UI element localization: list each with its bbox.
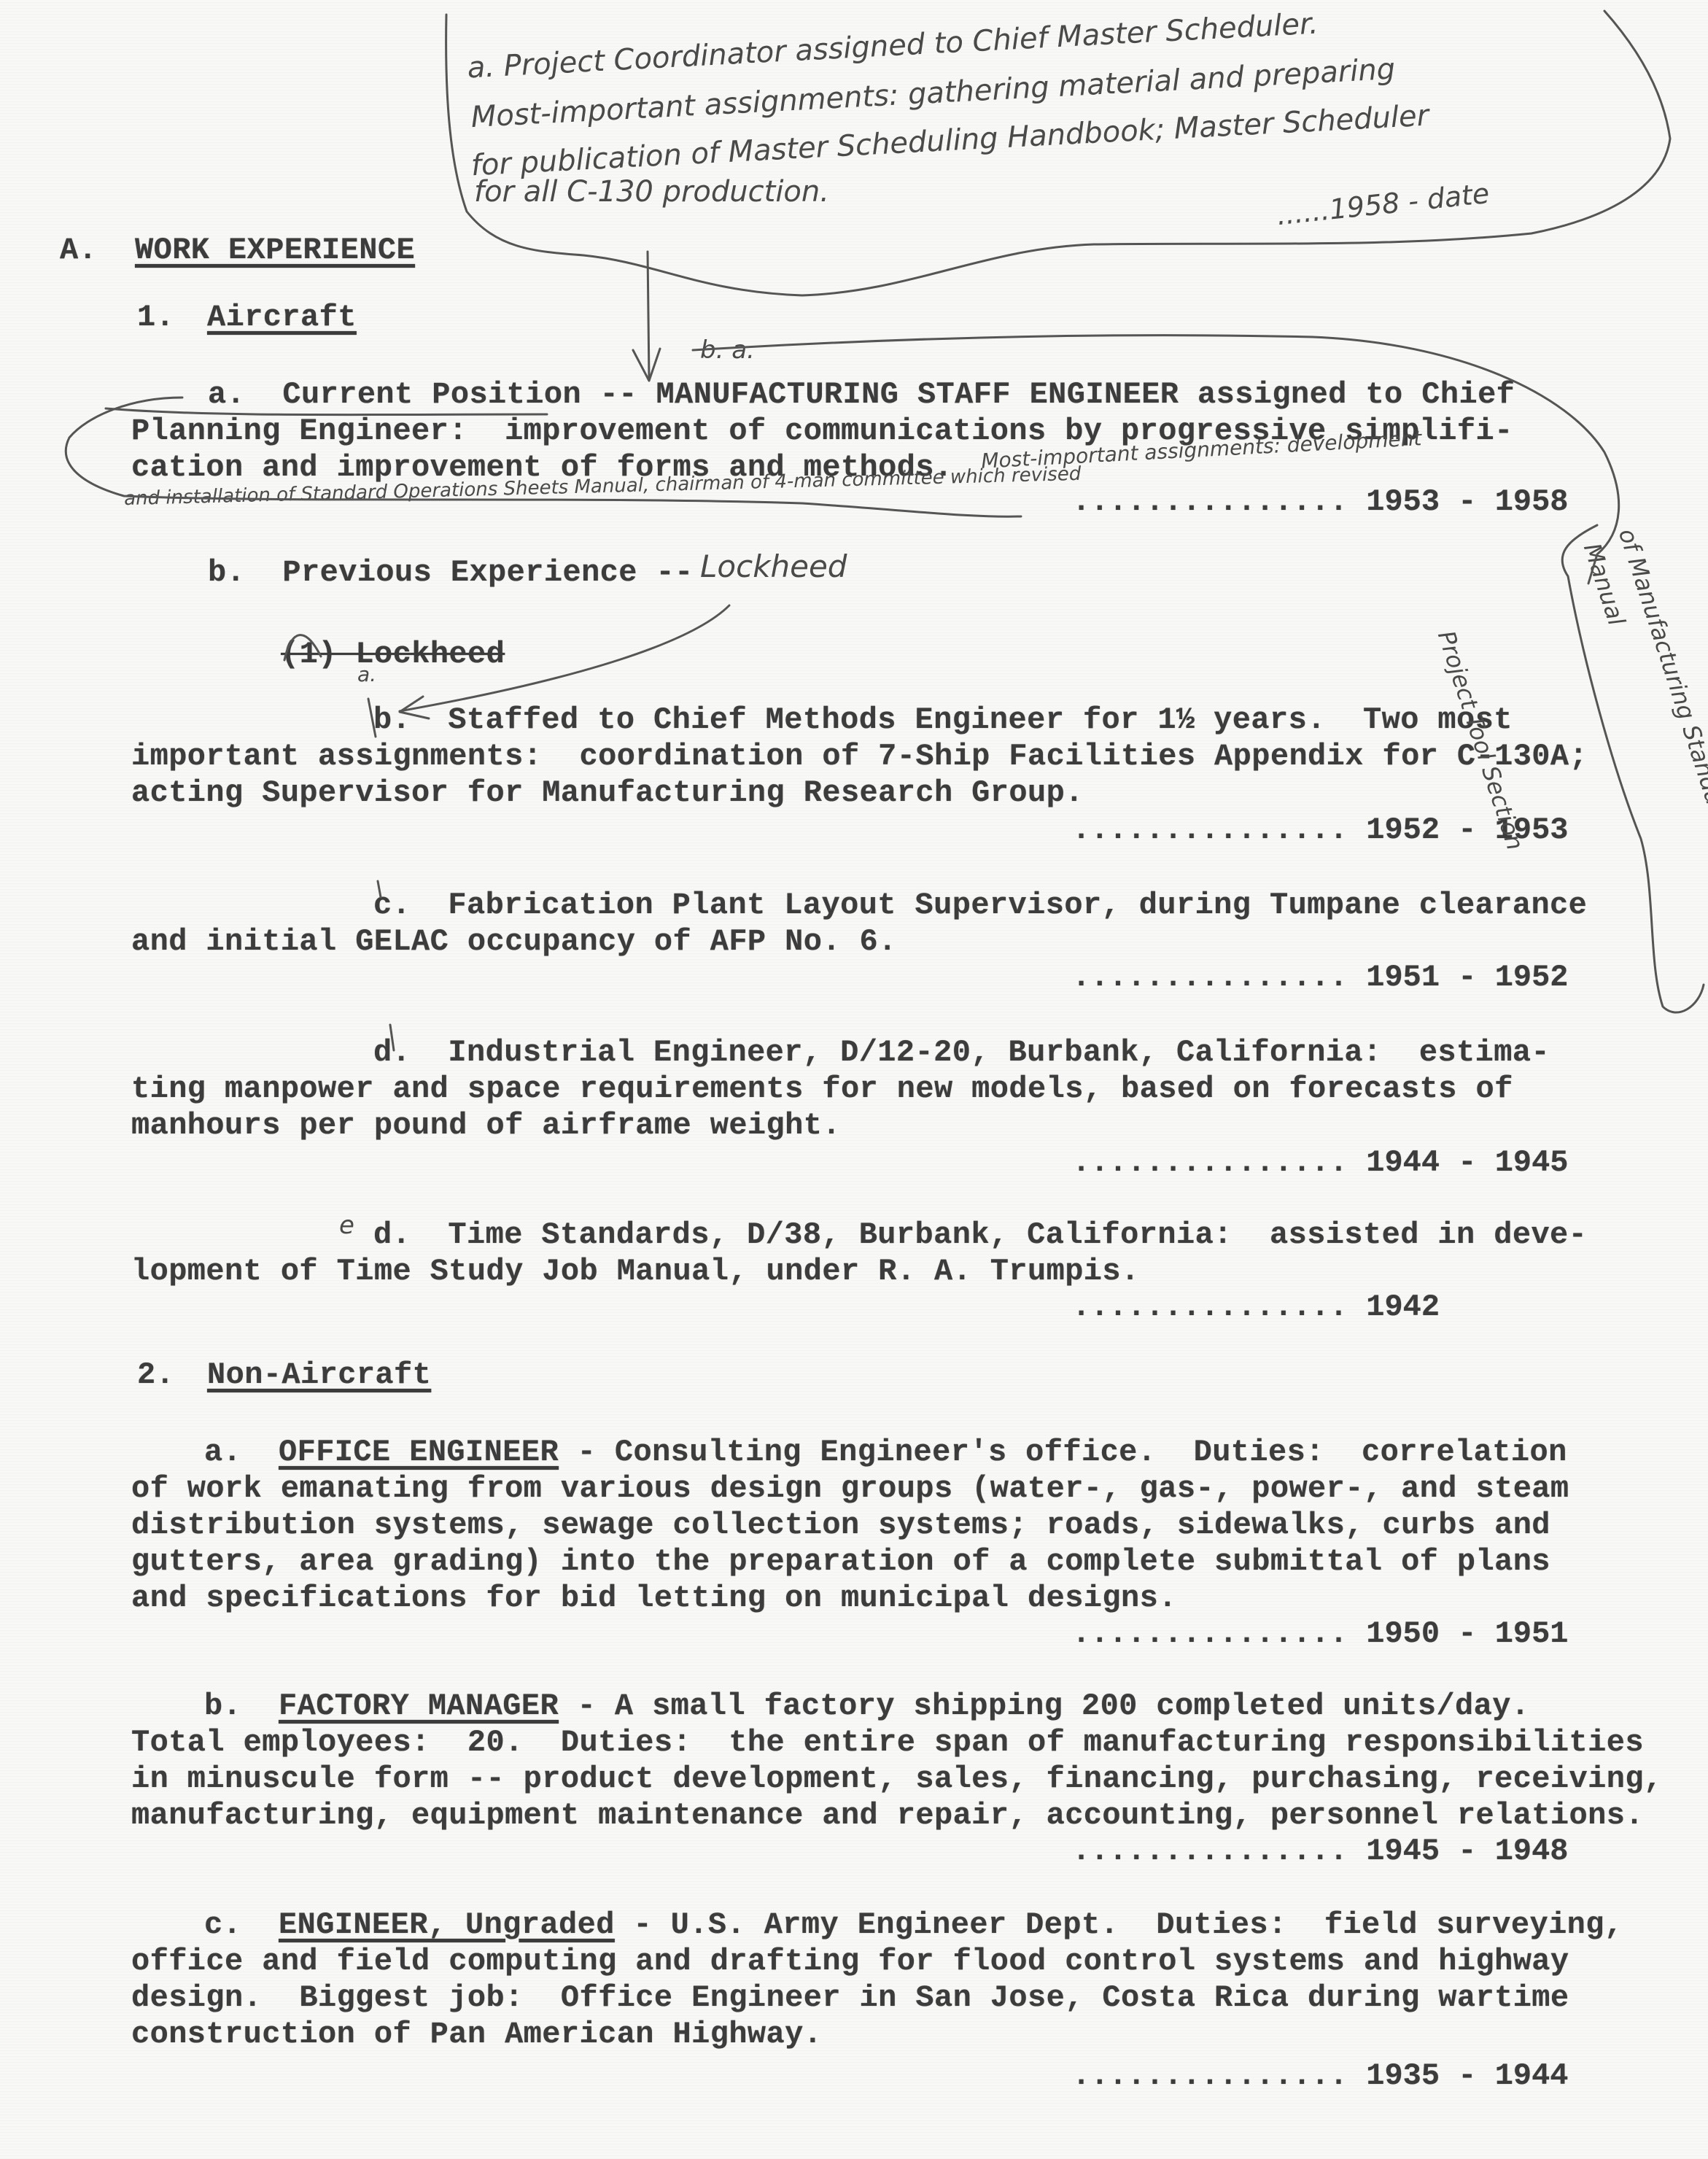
prev1-line-1: b. Staffed to Chief Methods Engineer for… [373,702,1513,738]
na-a-line-1: of work emanating from various design gr… [131,1470,1569,1507]
na-b-line-1: Total employees: 20. Duties: the entire … [131,1724,1644,1761]
na-b-line-3: manufacturing, equipment maintenance and… [131,1797,1644,1834]
subsection-title-aircraft: Aircraft [207,299,357,336]
prev3-dates: ............... 1944 - 1945 [1072,1145,1569,1180]
na-c-label: c. [204,1907,241,1943]
prev1-line-2: important assignments: coordination of 7… [131,738,1588,775]
prev2-line-2: and initial GELAC occupancy of AFP No. 6… [131,923,897,960]
scanned-page: A. WORK EXPERIENCE 1. Aircraft a. Curren… [0,0,1708,2159]
na-a-dates: ............... 1950 - 1951 [1072,1616,1569,1651]
prev1-line-3: acting Supervisor for Manufacturing Rese… [131,775,1084,811]
na-c-role: ENGINEER, Ungraded [279,1907,615,1942]
prev3-line-1: d. Industrial Engineer, D/12-20, Burbank… [373,1034,1550,1071]
na-a-label: a. [204,1434,241,1470]
previous-experience-heading: b. Previous Experience -- [208,554,694,591]
na-c-line-2: design. Biggest job: Office Engineer in … [131,1980,1569,2016]
na-c-first-line: - U.S. Army Engineer Dept. Duties: field… [615,1907,1623,1942]
na-a-line-3: gutters, area grading) into the preparat… [131,1543,1550,1580]
na-a-line-4: and specifications for bid letting on mu… [131,1580,1177,1616]
prev3-line-2: ting manpower and space requirements for… [131,1071,1513,1107]
balloon-arrow-line [648,252,649,379]
struck-subheading-lockheed: (1) Lockheed [281,636,505,672]
prev2-dates: ............... 1951 - 1952 [1072,960,1569,995]
na-a-line-2: distribution systems, sewage collection … [131,1507,1550,1543]
na-c-dates: ............... 1935 - 1944 [1072,2058,1569,2093]
section-letter: A. [60,232,97,268]
prev4-line-1: d. Time Standards, D/38, Burbank, Califo… [373,1217,1587,1253]
na-b-label: b. [204,1688,241,1724]
section-title: WORK EXPERIENCE [135,232,415,268]
na-b-line-2: in minuscule form -- product development… [131,1761,1663,1797]
prev3-line-3: manhours per pound of airframe weight. [131,1107,841,1144]
hw-balloon-dates: ......1958 - date [1276,177,1491,231]
hw-relabel-a: a. [357,662,376,686]
hw-margin-note-2: of Manufacturing Standards [1613,525,1708,843]
current-dates: ............... 1953 - 1958 [1072,484,1569,519]
na-b-dates: ............... 1945 - 1948 [1072,1834,1569,1869]
subsection-title-non-aircraft: Non-Aircraft [207,1357,431,1393]
hw-previous-note: Lockheed [700,549,847,584]
na-c-line-3: construction of Pan American Highway. [131,2016,822,2053]
na-a-role: OFFICE ENGINEER [279,1435,559,1470]
na-a-first-line: - Consulting Engineer's office. Duties: … [559,1435,1567,1470]
prev2-line-1: c. Fabrication Plant Layout Supervisor, … [373,887,1587,923]
na-b-first-line: - A small factory shipping 200 completed… [559,1689,1529,1724]
hw-relabel-e: e [339,1211,354,1240]
na-b-role: FACTORY MANAGER [279,1689,559,1724]
prev4-line-2: lopment of Time Study Job Manual, under … [131,1253,1140,1290]
na-c-line-1: office and field computing and drafting … [131,1943,1569,1980]
hw-insert-label: b. a. [700,336,755,365]
hw-balloon-line-4: for all C-130 production. [474,175,829,209]
subsection-number-2: 2. [137,1357,174,1393]
current-line-1: a. Current Position -- MANUFACTURING STA… [208,376,1515,413]
subsection-number: 1. [137,299,174,336]
prev4-dates: ............... 1942 [1072,1290,1440,1325]
